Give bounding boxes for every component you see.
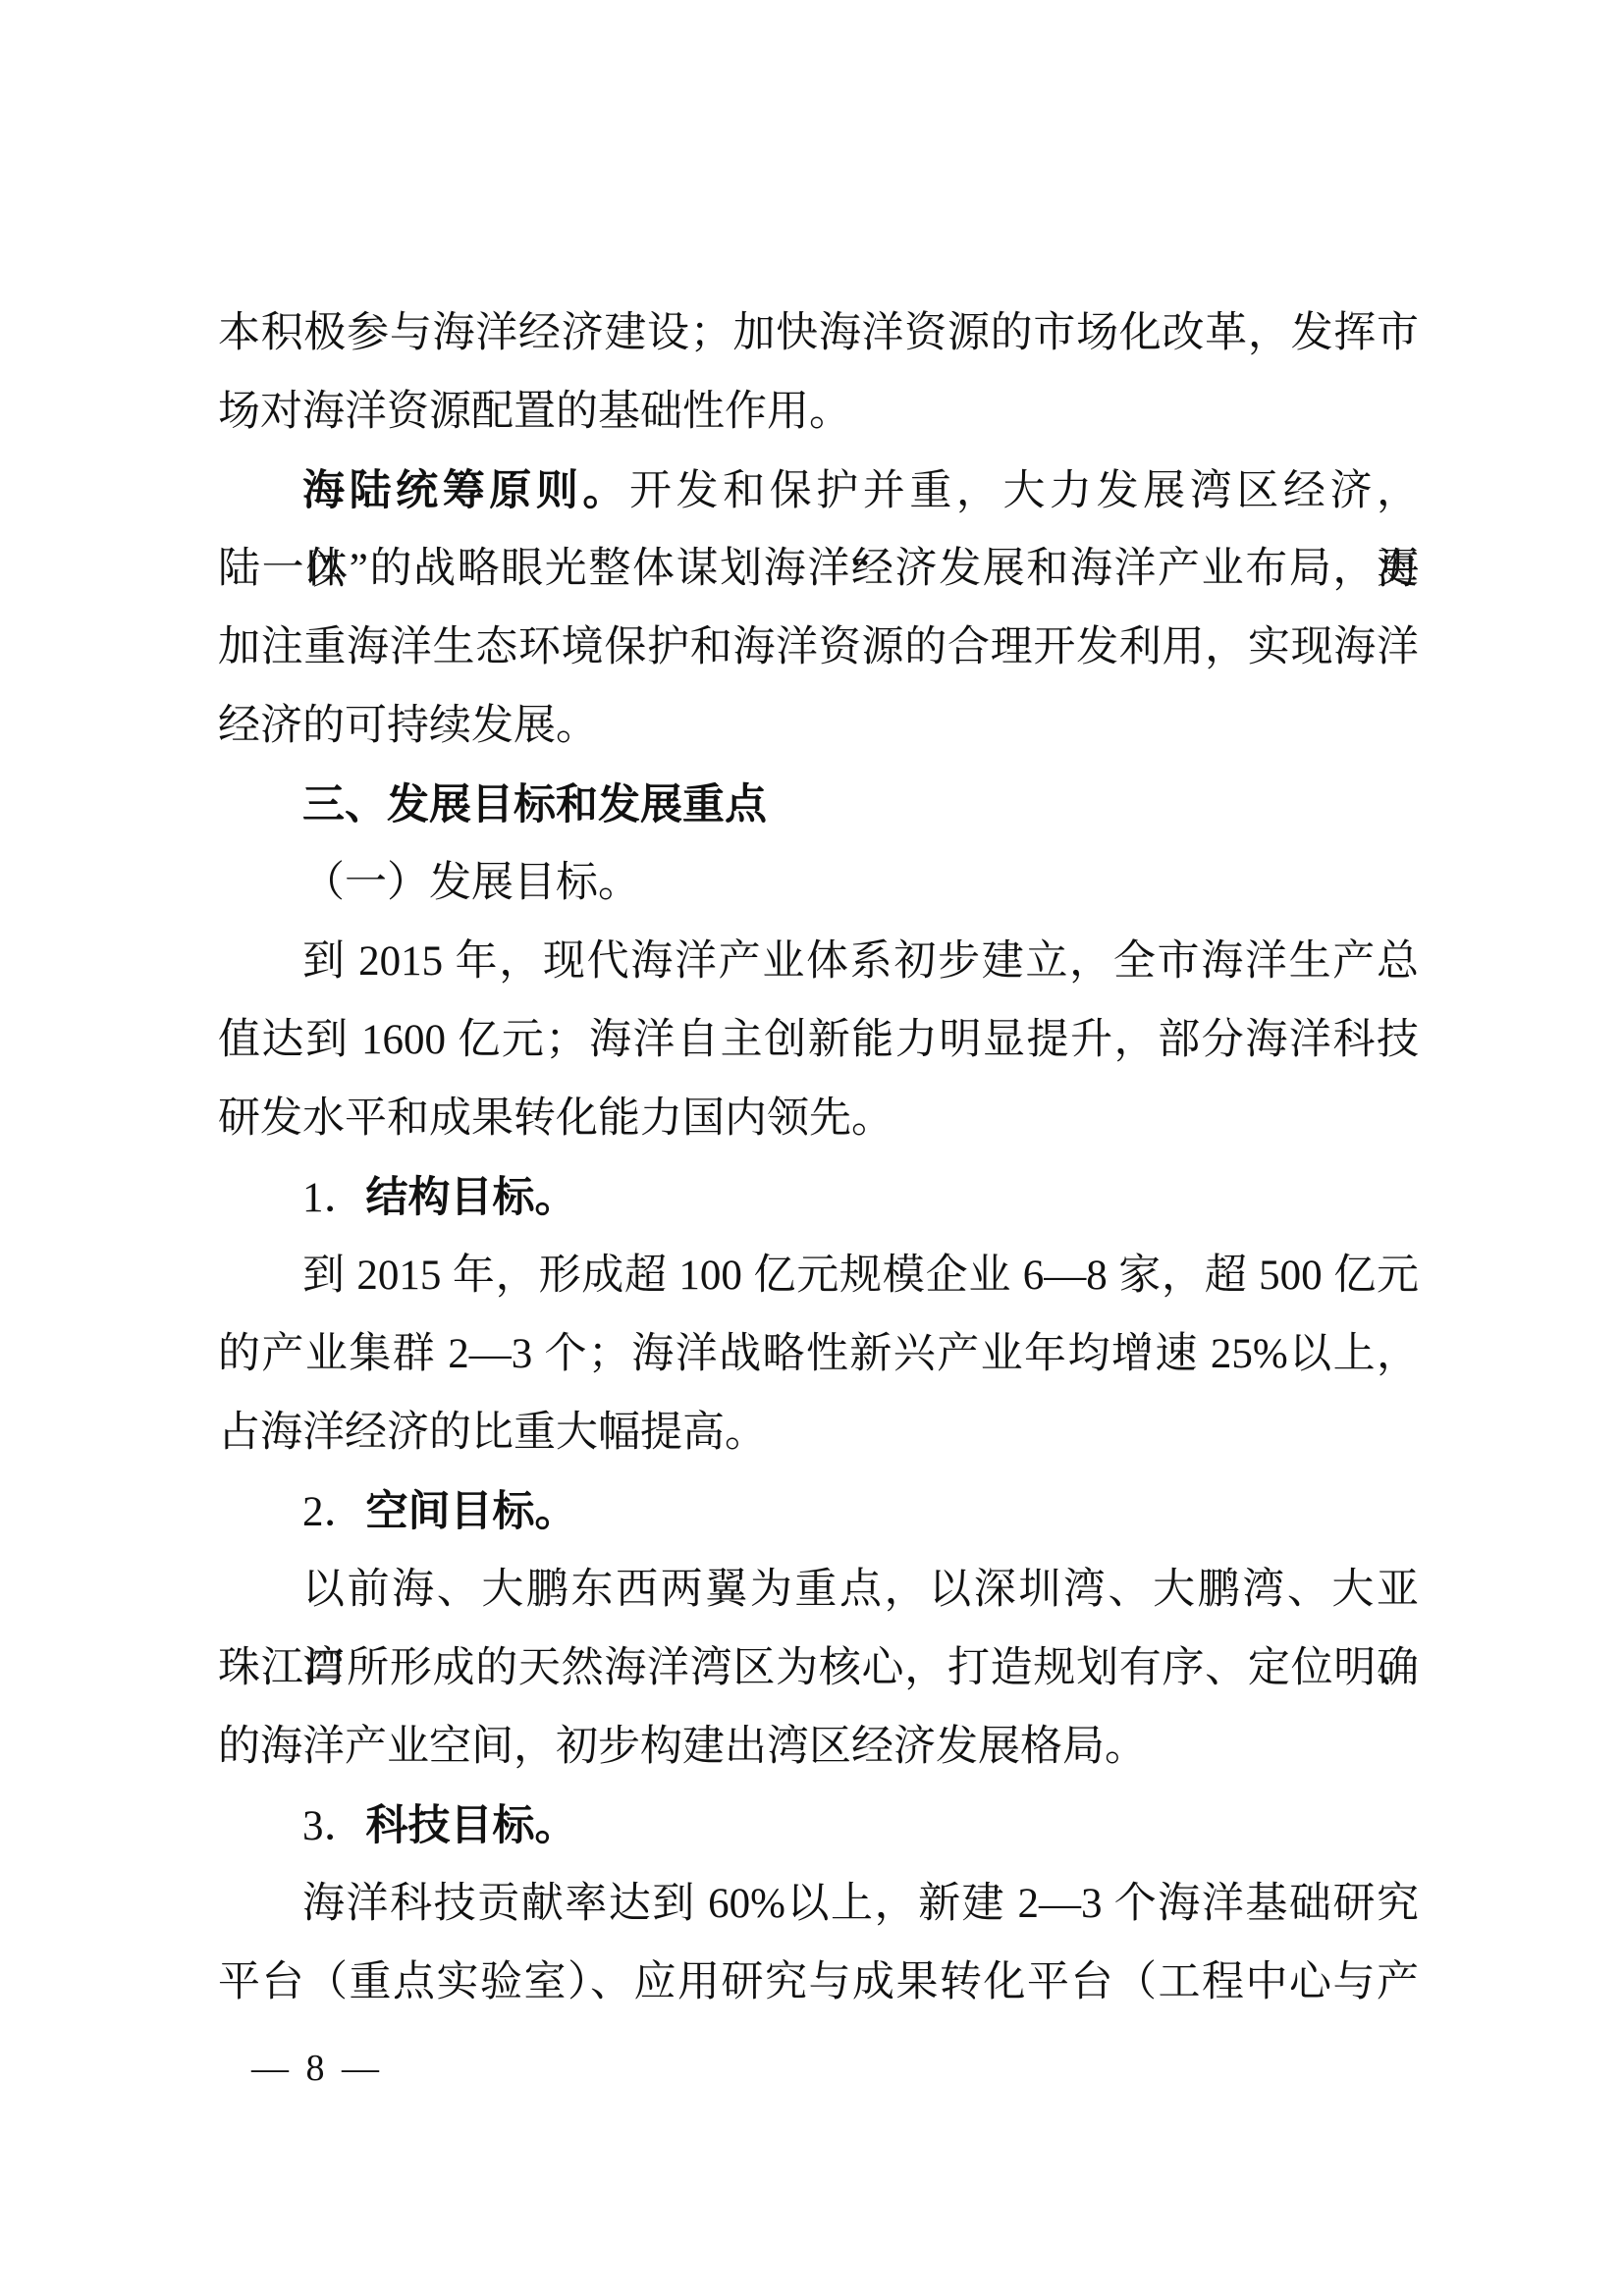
text-line: 到 2015 年，现代海洋产业体系初步建立，全市海洋生产总: [218, 923, 1419, 1001]
body-text: 陆一体”的战略眼光整体谋划海洋经济发展和海洋产业布局，更: [218, 546, 1419, 592]
bold-text: 空间目标。: [366, 1488, 577, 1535]
text-line: 1．结构目标。: [218, 1158, 1419, 1237]
text-line: 研发水平和成果转化能力国内领先。: [218, 1080, 1419, 1158]
body-text: 经济的可持续发展。: [218, 703, 598, 749]
document-body: 本积极参与海洋经济建设；加快海洋资源的市场化改革，发挥市场对海洋资源配置的基础性…: [218, 294, 1419, 2022]
bold-text: 结构目标。: [366, 1174, 577, 1221]
text-line: 本积极参与海洋经济建设；加快海洋资源的市场化改革，发挥市: [218, 294, 1419, 373]
body-text: 的海洋产业空间，初步构建出湾区经济发展格局。: [218, 1724, 1147, 1770]
body-text: 研发水平和成果转化能力国内领先。: [218, 1095, 893, 1142]
body-text: （一）发展目标。: [302, 860, 640, 906]
body-text: 到 2015 年，形成超 100 亿元规模企业 6—8 家，超 500 亿元: [302, 1253, 1419, 1299]
text-line: 的产业集群 2—3 个；海洋战略性新兴产业年均增速 25%以上，: [218, 1315, 1419, 1394]
body-text: 值达到 1600 亿元；海洋自主创新能力明显提升，部分海洋科技: [218, 1017, 1419, 1063]
body-text: 平台（重点实验室）、应用研究与成果转化平台（工程中心与产: [218, 1959, 1419, 2005]
body-text: 1．: [302, 1175, 366, 1221]
text-line: 到 2015 年，形成超 100 亿元规模企业 6—8 家，超 500 亿元: [218, 1237, 1419, 1315]
text-line: 海洋科技贡献率达到 60%以上，新建 2—3 个海洋基础研究: [218, 1865, 1419, 1944]
text-line: 三、发展目标和发展重点: [218, 766, 1419, 844]
page-number: — 8 —: [251, 2047, 379, 2090]
text-line: 经济的可持续发展。: [218, 687, 1419, 766]
text-line: 的海洋产业空间，初步构建出湾区经济发展格局。: [218, 1708, 1419, 1787]
text-line: 场对海洋资源配置的基础性作用。: [218, 373, 1419, 452]
text-line: 海陆统筹原则。开发和保护并重，大力发展湾区经济，以“海: [218, 452, 1419, 530]
bold-text: 科技目标。: [366, 1802, 577, 1849]
body-text: 的产业集群 2—3 个；海洋战略性新兴产业年均增速 25%以上，: [218, 1331, 1419, 1377]
text-line: 加注重海洋生态环境保护和海洋资源的合理开发利用，实现海洋: [218, 609, 1419, 687]
text-line: 占海洋经济的比重大幅提高。: [218, 1394, 1419, 1472]
body-text: 到 2015 年，现代海洋产业体系初步建立，全市海洋生产总: [302, 938, 1419, 985]
body-text: 3．: [302, 1803, 366, 1849]
text-line: （一）发展目标。: [218, 844, 1419, 923]
body-text: 珠江口所形成的天然海洋湾区为核心，打造规划有序、定位明确: [218, 1645, 1419, 1691]
text-line: 陆一体”的战略眼光整体谋划海洋经济发展和海洋产业布局，更: [218, 530, 1419, 609]
bold-text: 海陆统筹原则。: [302, 467, 629, 514]
text-line: 值达到 1600 亿元；海洋自主创新能力明显提升，部分海洋科技: [218, 1001, 1419, 1080]
body-text: 占海洋经济的比重大幅提高。: [218, 1410, 767, 1456]
body-text: 场对海洋资源配置的基础性作用。: [218, 389, 851, 435]
body-text: 2．: [302, 1489, 366, 1535]
body-text: 本积极参与海洋经济建设；加快海洋资源的市场化改革，发挥市: [218, 310, 1419, 356]
bold-text: 三、发展目标和发展重点: [302, 781, 767, 828]
text-line: 以前海、大鹏东西两翼为重点，以深圳湾、大鹏湾、大亚湾、: [218, 1551, 1419, 1629]
text-line: 平台（重点实验室）、应用研究与成果转化平台（工程中心与产: [218, 1944, 1419, 2022]
text-line: 2．空间目标。: [218, 1472, 1419, 1551]
document-page: 本积极参与海洋经济建设；加快海洋资源的市场化改革，发挥市场对海洋资源配置的基础性…: [0, 0, 1623, 2296]
body-text: 加注重海洋生态环境保护和海洋资源的合理开发利用，实现海洋: [218, 624, 1419, 670]
text-line: 珠江口所形成的天然海洋湾区为核心，打造规划有序、定位明确: [218, 1629, 1419, 1708]
text-line: 3．科技目标。: [218, 1787, 1419, 1865]
body-text: 海洋科技贡献率达到 60%以上，新建 2—3 个海洋基础研究: [302, 1881, 1419, 1927]
